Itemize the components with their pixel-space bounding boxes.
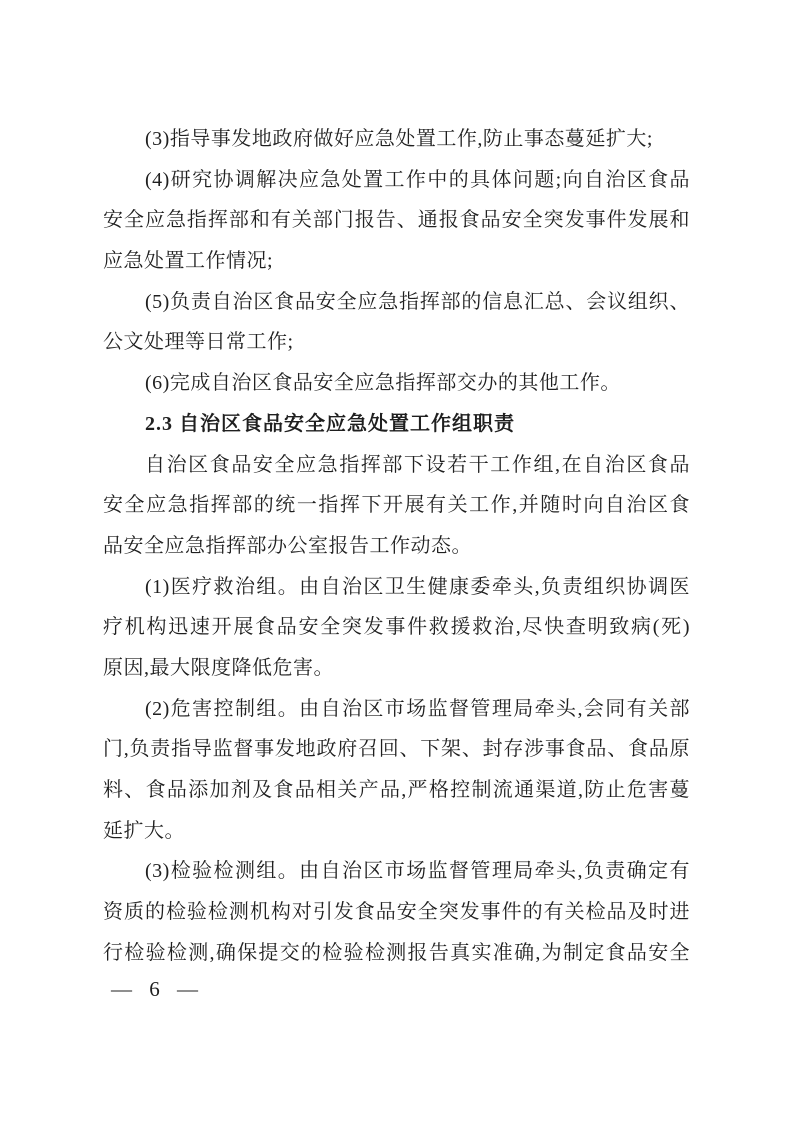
paragraph: (4)研究协调解决应急处置工作中的具体问题;向自治区食品安全应急指挥部和有关部门… (103, 160, 690, 282)
paragraph: (3)检验检测组。由自治区市场监督管理局牵头,负责确定有资质的检验检测机构对引发… (103, 851, 690, 973)
text-line: 门,负责指导监督事发地政府召回、下架、封存涉事食品、食品原 (103, 729, 690, 770)
text-line: 应急处置工作情况; (103, 241, 690, 282)
paragraph: (6)完成自治区食品安全应急指挥部交办的其他工作。 (103, 363, 690, 404)
text-line: 品安全应急指挥部办公室报告工作动态。 (103, 526, 690, 567)
text-line: 料、食品添加剂及食品相关产品,严格控制流通渠道,防止危害蔓 (103, 770, 690, 811)
paragraph: (3)指导事发地政府做好应急处置工作,防止事态蔓延扩大; (103, 119, 690, 160)
text-line: (4)研究协调解决应急处置工作中的具体问题;向自治区食品 (103, 160, 690, 201)
text-line: 资质的检验检测机构对引发食品安全突发事件的有关检品及时进 (103, 892, 690, 933)
paragraph: 自治区食品安全应急指挥部下设若干工作组,在自治区食品安全应急指挥部的统一指挥下开… (103, 445, 690, 567)
text-line: (3)指导事发地政府做好应急处置工作,防止事态蔓延扩大; (103, 119, 690, 160)
text-line: 原因,最大限度降低危害。 (103, 648, 690, 689)
section-heading: 2.3 自治区食品安全应急处置工作组职责 (103, 404, 690, 445)
paragraph: (1)医疗救治组。由自治区卫生健康委牵头,负责组织协调医疗机构迅速开展食品安全突… (103, 567, 690, 689)
text-line: (5)负责自治区食品安全应急指挥部的信息汇总、会议组织、 (103, 282, 690, 323)
text-line: 公文处理等日常工作; (103, 322, 690, 363)
text-line: (2)危害控制组。由自治区市场监督管理局牵头,会同有关部 (103, 689, 690, 730)
text-line: 延扩大。 (103, 811, 690, 852)
text-line: 安全应急指挥部和有关部门报告、通报食品安全突发事件发展和 (103, 200, 690, 241)
text-line: 安全应急指挥部的统一指挥下开展有关工作,并随时向自治区食 (103, 485, 690, 526)
document-page: (3)指导事发地政府做好应急处置工作,防止事态蔓延扩大;(4)研究协调解决应急处… (0, 0, 793, 1122)
text-line: 自治区食品安全应急指挥部下设若干工作组,在自治区食品 (103, 445, 690, 486)
text-line: 2.3 自治区食品安全应急处置工作组职责 (103, 404, 690, 445)
paragraph: (5)负责自治区食品安全应急指挥部的信息汇总、会议组织、公文处理等日常工作; (103, 282, 690, 363)
page-number: — 6 — (111, 969, 198, 1009)
text-line: (3)检验检测组。由自治区市场监督管理局牵头,负责确定有 (103, 851, 690, 892)
text-line: 行检验检测,确保提交的检验检测报告真实准确,为制定食品安全 (103, 933, 690, 974)
paragraph: (2)危害控制组。由自治区市场监督管理局牵头,会同有关部门,负责指导监督事发地政… (103, 689, 690, 852)
text-line: (1)医疗救治组。由自治区卫生健康委牵头,负责组织协调医 (103, 567, 690, 608)
document-body: (3)指导事发地政府做好应急处置工作,防止事态蔓延扩大;(4)研究协调解决应急处… (103, 119, 690, 973)
text-line: 疗机构迅速开展食品安全突发事件救援救治,尽快查明致病(死) (103, 607, 690, 648)
text-line: (6)完成自治区食品安全应急指挥部交办的其他工作。 (103, 363, 690, 404)
